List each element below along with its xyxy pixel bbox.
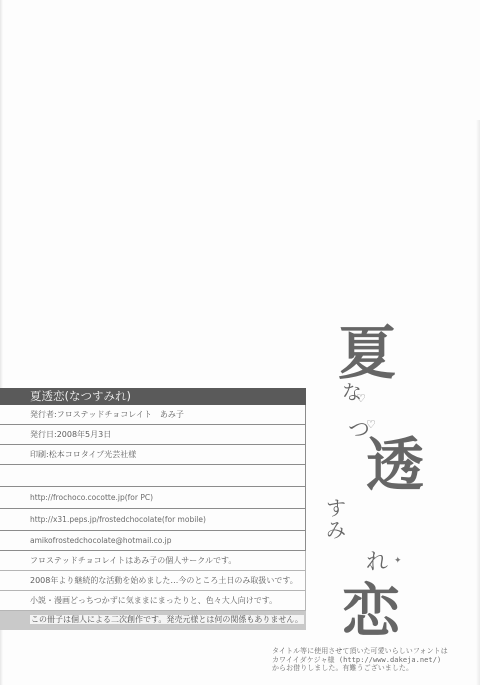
blank-row: [0, 465, 306, 487]
publisher-row: 発行者:フロステッドチョコレイト あみ子: [0, 405, 306, 425]
title-kana-su: す: [326, 498, 346, 518]
title-kanji-natsu: 夏: [338, 324, 396, 382]
about-row-3: 小説・漫画どっちつかずに気ままにまったりと、色々大人向けです。: [0, 591, 306, 611]
email-row: amikofrostedchocolate@hotmail.co.jp: [0, 531, 306, 551]
about-row-1: フロステッドチョコレイトはあみ子の個人サークルです。: [0, 551, 306, 571]
about-row-2: 2008年より継続的な活動を始めました…今のところ土日のみ取扱いです。: [0, 571, 306, 591]
sparkle-icon: ✦: [394, 556, 402, 566]
heart-icon: ♡: [356, 392, 366, 405]
disclaimer-text: この冊子は個人による二次創作です。発売元様とは何の関係もありません。: [30, 615, 304, 624]
colophon-table: 夏透恋(なつすみれ) 発行者:フロステッドチョコレイト あみ子 発行日:2008…: [0, 388, 306, 630]
title-kanji-koi: 恋: [342, 582, 400, 640]
font-credit: タイトル等に使用させて頂いた可愛いらしいフォントは カワイイダケジャ様 (htt…: [272, 647, 480, 673]
heart-icon: ♡: [366, 418, 376, 431]
font-credit-line-3: からお借りしました。有難うございました。: [272, 664, 480, 673]
title-kanji-suke: 透: [366, 436, 424, 494]
date-row: 発行日:2008年5月3日: [0, 425, 306, 445]
title-kana-mi: み: [326, 520, 346, 540]
disclaimer-row: この冊子は個人による二次創作です。発売元様とは何の関係もありません。: [0, 611, 306, 630]
page-edge-right: [476, 120, 480, 685]
url-mobile-row: http://x31.peps.jp/frostedchocolate(for …: [0, 509, 306, 531]
printer-row: 印刷:松本コロタイプ光芸社様: [0, 445, 306, 465]
title-kana-re: れ: [366, 552, 388, 574]
title-calligraphy: 夏 な ♡ つ ♡ 透 す み れ ✦ 恋: [320, 320, 460, 620]
colophon-title: 夏透恋(なつすみれ): [0, 388, 306, 405]
font-credit-line-2: カワイイダケジャ様 (http://www.dakeja.net/): [272, 656, 480, 665]
font-credit-line-1: タイトル等に使用させて頂いた可愛いらしいフォントは: [272, 647, 480, 656]
url-pc-row: http://frochoco.cocotte.jp(for PC): [0, 487, 306, 509]
